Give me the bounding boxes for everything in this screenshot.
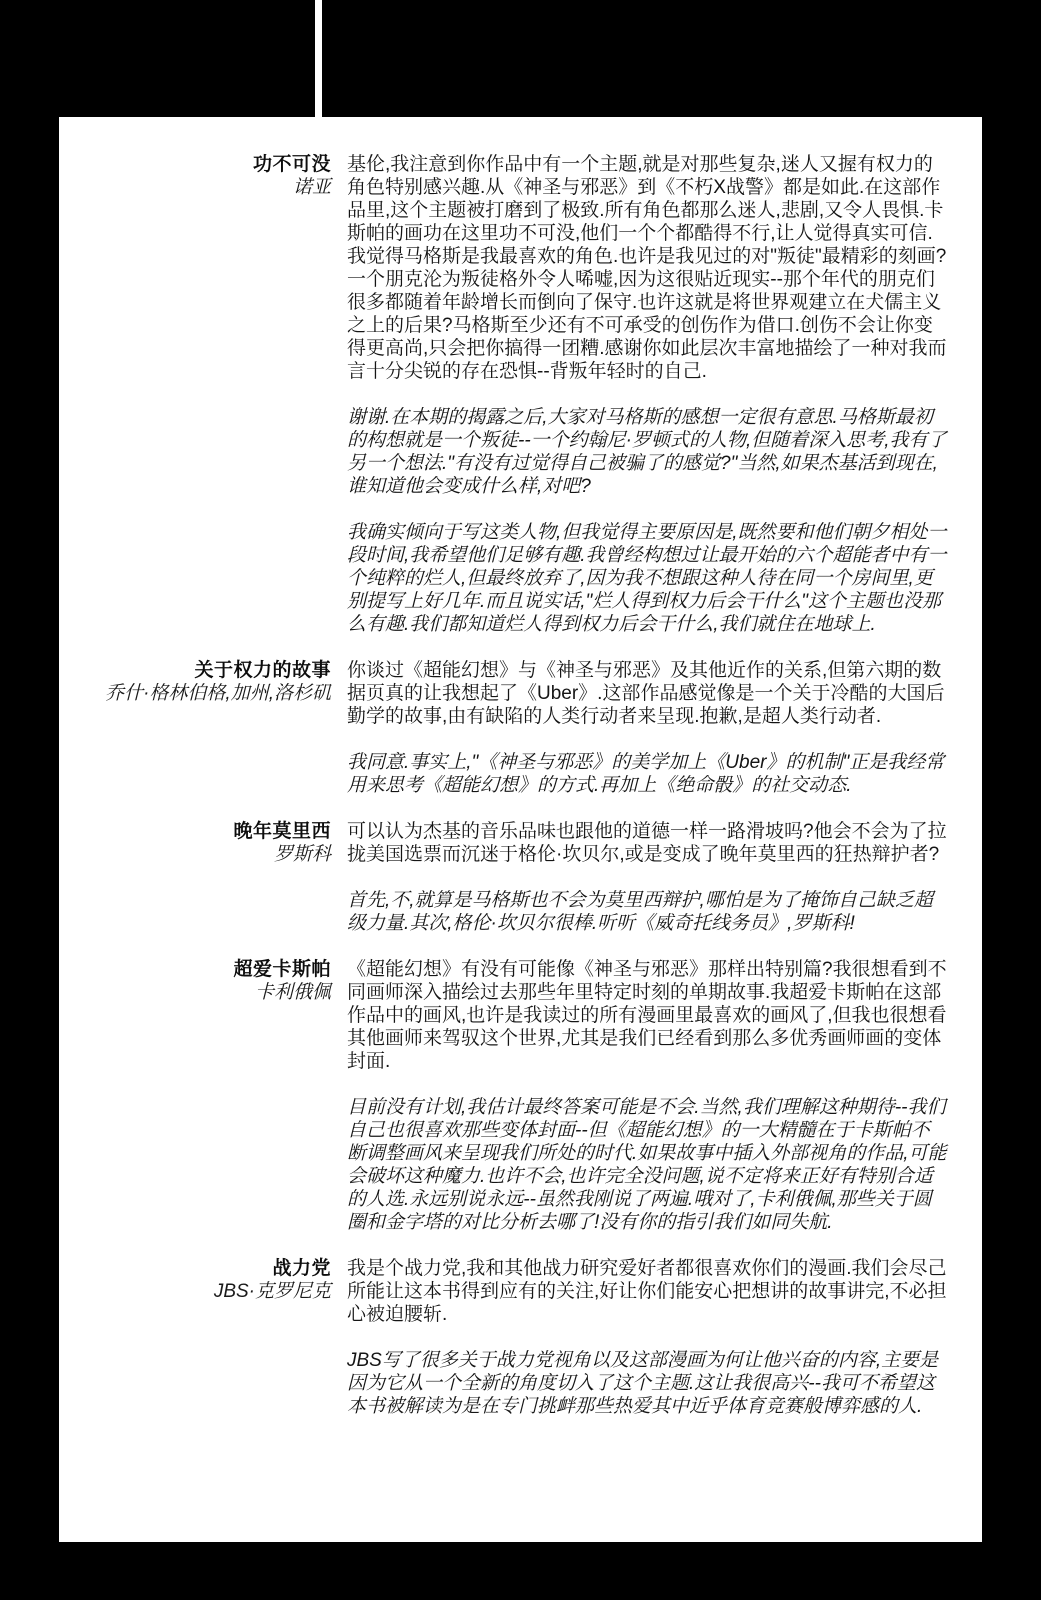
letter-body: 可以认为杰基的音乐品味也跟他的道德一样一路滑坡吗?他会不会为了拉拢美国选票而沉迷…	[347, 820, 947, 935]
letters-column: 功不可没 诺亚 基伦,我注意到你作品中有一个主题,就是对那些复杂,迷人又握有权力…	[59, 153, 982, 1418]
letter-author: 卡利俄佩	[59, 981, 331, 1004]
letter-header: 功不可没 诺亚	[59, 153, 331, 636]
letter-body: 你谈过《超能幻想》与《神圣与邪恶》及其他近作的关系,但第六期的数据页真的让我想起…	[347, 659, 947, 797]
reply-paragraph: JBS写了很多关于战力党视角以及这部漫画为何让他兴奋的内容,主要是因为它从一个全…	[347, 1349, 947, 1418]
letter-section: 关于权力的故事 乔什·格林伯格,加州,洛杉矶 你谈过《超能幻想》与《神圣与邪恶》…	[59, 659, 982, 797]
letter-title: 战力党	[59, 1257, 331, 1280]
letters-page: 功不可没 诺亚 基伦,我注意到你作品中有一个主题,就是对那些复杂,迷人又握有权力…	[59, 117, 982, 1542]
letter-body: 《超能幻想》有没有可能像《神圣与邪恶》那样出特别篇?我很想看到不同画师深入描绘过…	[347, 958, 947, 1234]
letter-body: 基伦,我注意到你作品中有一个主题,就是对那些复杂,迷人又握有权力的角色特别感兴趣…	[347, 153, 947, 636]
letter-paragraph: 《超能幻想》有没有可能像《神圣与邪恶》那样出特别篇?我很想看到不同画师深入描绘过…	[347, 958, 947, 1073]
reply-paragraph: 目前没有计划,我估计最终答案可能是不会.当然,我们理解这种期待--我们自己也很喜…	[347, 1096, 947, 1234]
letter-paragraph: 基伦,我注意到你作品中有一个主题,就是对那些复杂,迷人又握有权力的角色特别感兴趣…	[347, 153, 947, 383]
letter-title: 关于权力的故事	[59, 659, 331, 682]
top-divider-line	[315, 0, 322, 117]
letter-paragraph: 你谈过《超能幻想》与《神圣与邪恶》及其他近作的关系,但第六期的数据页真的让我想起…	[347, 659, 947, 728]
letter-paragraph: 我是个战力党,我和其他战力研究爱好者都很喜欢你们的漫画.我们会尽己所能让这本书得…	[347, 1257, 947, 1326]
reply-paragraph: 谢谢.在本期的揭露之后,大家对马格斯的感想一定很有意思.马格斯最初的构想就是一个…	[347, 406, 947, 498]
letter-header: 超爱卡斯帕 卡利俄佩	[59, 958, 331, 1234]
letter-title: 功不可没	[59, 153, 331, 176]
letter-section: 晚年莫里西 罗斯科 可以认为杰基的音乐品味也跟他的道德一样一路滑坡吗?他会不会为…	[59, 820, 982, 935]
letter-header: 战力党 JBS·克罗尼克	[59, 1257, 331, 1418]
reply-paragraph: 我同意.事实上,"《神圣与邪恶》的美学加上《Uber》的机制"正是我经常用来思考…	[347, 751, 947, 797]
letter-author: 诺亚	[59, 176, 331, 199]
letter-title: 超爱卡斯帕	[59, 958, 331, 981]
reply-paragraph: 我确实倾向于写这类人物,但我觉得主要原因是,既然要和他们朝夕相处一段时间,我希望…	[347, 521, 947, 636]
letter-author: JBS·克罗尼克	[59, 1280, 331, 1303]
letter-author: 罗斯科	[59, 843, 331, 866]
letter-title: 晚年莫里西	[59, 820, 331, 843]
letter-header: 关于权力的故事 乔什·格林伯格,加州,洛杉矶	[59, 659, 331, 797]
letter-section: 超爱卡斯帕 卡利俄佩 《超能幻想》有没有可能像《神圣与邪恶》那样出特别篇?我很想…	[59, 958, 982, 1234]
letter-section: 战力党 JBS·克罗尼克 我是个战力党,我和其他战力研究爱好者都很喜欢你们的漫画…	[59, 1257, 982, 1418]
letter-header: 晚年莫里西 罗斯科	[59, 820, 331, 935]
letter-body: 我是个战力党,我和其他战力研究爱好者都很喜欢你们的漫画.我们会尽己所能让这本书得…	[347, 1257, 947, 1418]
reply-paragraph: 首先,不,就算是马格斯也不会为莫里西辩护,哪怕是为了掩饰自己缺乏超级力量.其次,…	[347, 889, 947, 935]
letter-author: 乔什·格林伯格,加州,洛杉矶	[59, 682, 331, 705]
letter-paragraph: 可以认为杰基的音乐品味也跟他的道德一样一路滑坡吗?他会不会为了拉拢美国选票而沉迷…	[347, 820, 947, 866]
letter-section: 功不可没 诺亚 基伦,我注意到你作品中有一个主题,就是对那些复杂,迷人又握有权力…	[59, 153, 982, 636]
